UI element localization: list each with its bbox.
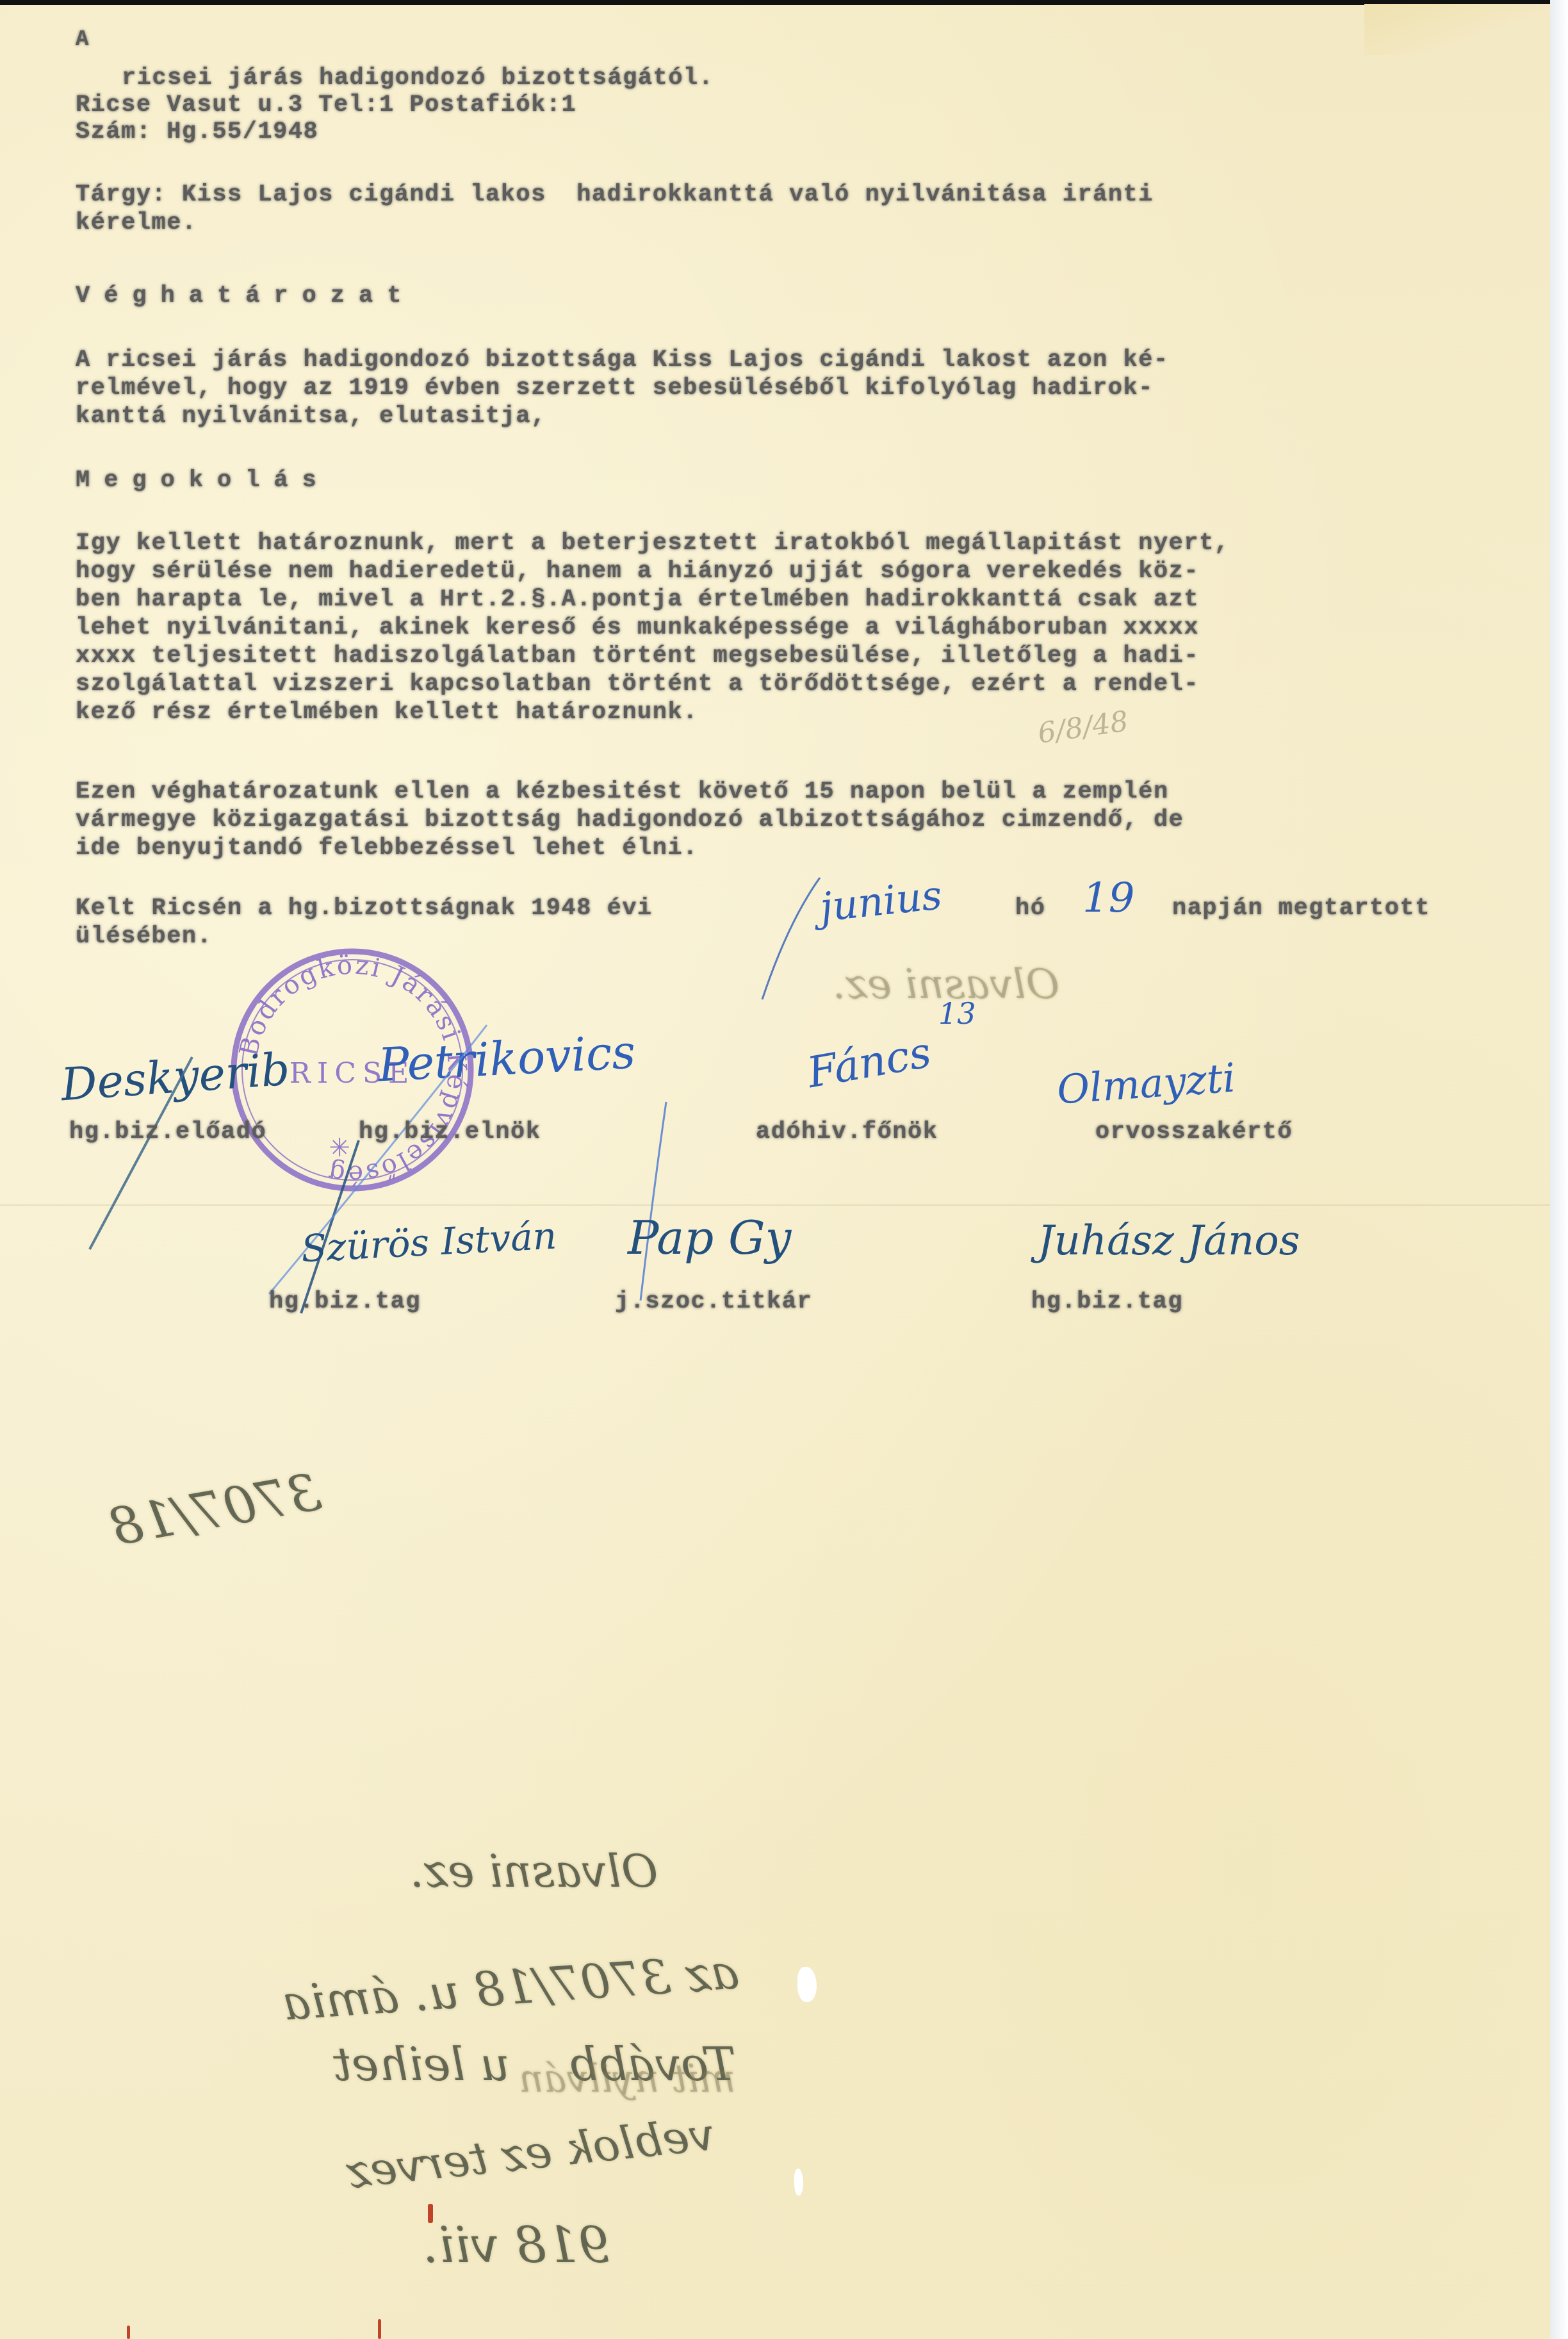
role-elnok: hg.biz.elnök — [359, 1118, 541, 1146]
role-adohiv: adóhiv.főnök — [756, 1118, 938, 1146]
bleed-note-line-6: 918 vii. — [423, 2217, 610, 2274]
role-elado: hg.biz.előadó — [69, 1118, 266, 1146]
role-tag-1: hg.biz.tag — [269, 1288, 421, 1316]
red-ink-mark — [378, 2319, 381, 2339]
red-ink-mark — [127, 2326, 130, 2339]
bleed-note-line-1: Olvasni ez. — [410, 1845, 658, 1898]
role-tag-2: hg.biz.tag — [1031, 1288, 1183, 1316]
signature-flourish-strokes — [0, 0, 1568, 2339]
role-titkar: j.szoc.titkár — [615, 1288, 812, 1316]
signature-titkar: Pap Gy — [628, 1211, 791, 1265]
bleed-note-line-4: mit nyilván — [519, 2056, 736, 2101]
red-ink-mark — [428, 2204, 433, 2223]
role-orvos: orvosszakértő — [1095, 1118, 1293, 1146]
signature-tag-2: Juhász János — [1038, 1217, 1300, 1265]
paper-hole — [794, 2169, 803, 2195]
